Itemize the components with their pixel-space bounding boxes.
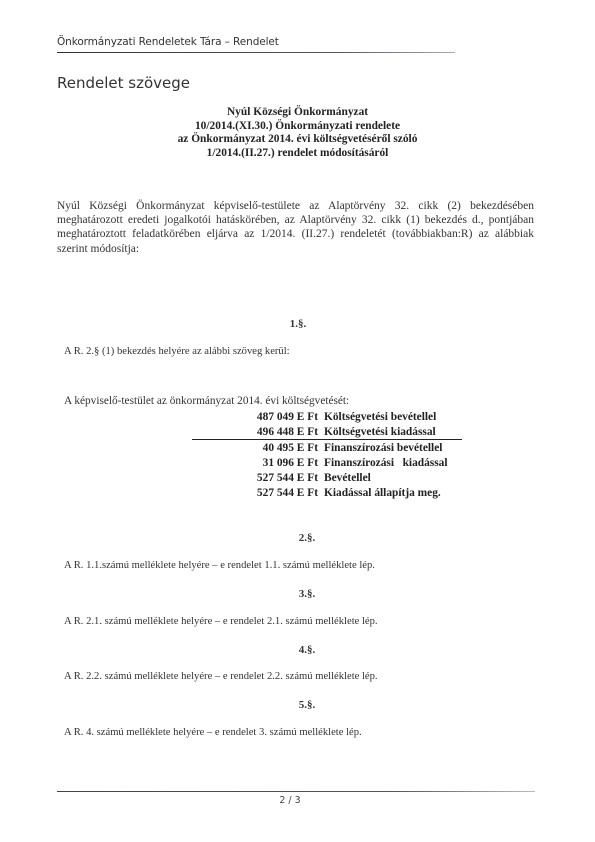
budget-label: Kiadással állapítja meg. xyxy=(324,486,441,501)
budget-amount: 487 049 E Ft xyxy=(240,410,324,425)
section-text-3: A R. 2.1. számú melléklete helyére – e r… xyxy=(64,616,378,627)
budget-label: Finanszírozási kiadással xyxy=(324,456,448,471)
title-line-1: Nyúl Községi Önkormányzat xyxy=(100,106,495,120)
section-mark-5: 5.§. xyxy=(277,699,337,711)
section-text-5: A R. 4. számú melléklete helyére – e ren… xyxy=(64,727,362,738)
budget-amount: 527 544 E Ft xyxy=(240,486,324,501)
budget-amount: 496 448 E Ft xyxy=(240,425,324,440)
budget-label: Finanszírozási bevétellel xyxy=(324,441,442,456)
section-mark-2: 2.§. xyxy=(277,532,337,544)
section-mark-1: 1.§. xyxy=(268,318,328,330)
budget-row: 487 049 E Ft Költségvetési bevétellel xyxy=(240,410,448,425)
header-divider xyxy=(57,52,455,53)
budget-table: 487 049 E Ft Költségvetési bevétellel 49… xyxy=(240,410,448,502)
regulation-title: Nyúl Községi Önkormányzat 10/2014.(XI.30… xyxy=(100,106,495,160)
section-heading: Rendelet szövege xyxy=(57,74,190,92)
budget-amount: 527 544 E Ft xyxy=(240,471,324,486)
budget-amount: 31 096 E Ft xyxy=(240,456,324,471)
budget-row: 31 096 E Ft Finanszírozási kiadással xyxy=(240,456,448,471)
budget-row: 527 544 E Ft Bevétellel xyxy=(240,471,448,486)
budget-label: Bevétellel xyxy=(324,471,371,486)
section-text-4: A R. 2.2. számú melléklete helyére – e r… xyxy=(64,671,378,682)
budget-row: 527 544 E Ft Kiadással állapítja meg. xyxy=(240,486,448,501)
budget-label: Költségvetési bevétellel xyxy=(324,410,436,425)
intro-paragraph: Nyúl Községi Önkormányzat képviselő-test… xyxy=(57,199,534,256)
budget-row: 40 495 E Ft Finanszírozási bevétellel xyxy=(240,441,448,456)
budget-row: 496 448 E Ft Költségvetési kiadással xyxy=(240,425,448,440)
title-line-3: az Önkormányzat 2014. évi költségvetésér… xyxy=(100,133,495,147)
footer-divider xyxy=(57,791,535,792)
budget-amount: 40 495 E Ft xyxy=(240,441,324,456)
section-text-2: A R. 1.1.számú melléklete helyére – e re… xyxy=(64,560,375,571)
section-text-1: A R. 2.§ (1) bekezdés helyére az alábbi … xyxy=(64,346,290,357)
budget-label: Költségvetési kiadással xyxy=(324,425,436,440)
title-line-2: 10/2014.(XI.30.) Önkormányzati rendelete xyxy=(100,120,495,134)
page-number: 2 / 3 xyxy=(240,795,340,806)
budget-intro: A képviselő-testület az önkormányzat 201… xyxy=(64,395,349,407)
section-mark-4: 4.§. xyxy=(277,644,337,656)
title-line-4: 1/2014.(II.27.) rendelet módosításáról xyxy=(100,147,495,161)
site-title: Önkormányzati Rendeletek Tára – Rendelet xyxy=(57,36,279,48)
section-mark-3: 3.§. xyxy=(277,588,337,600)
